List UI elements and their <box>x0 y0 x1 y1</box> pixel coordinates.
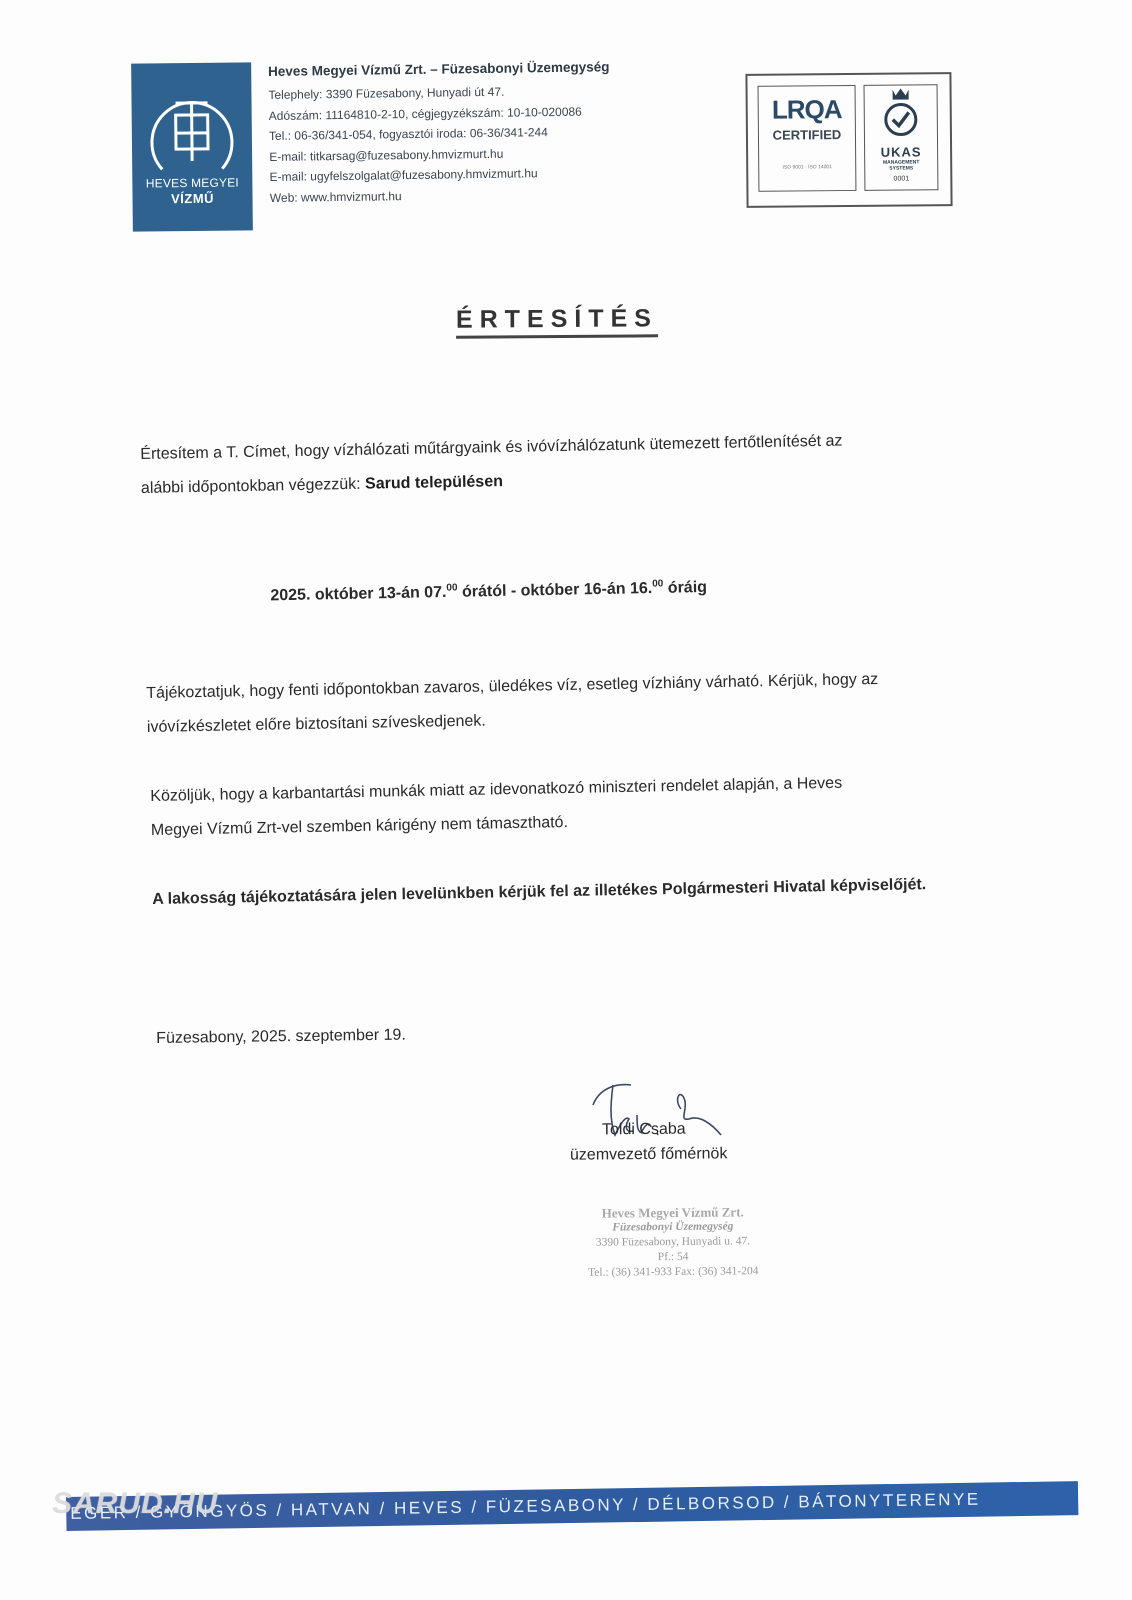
certification-logos: LRQA CERTIFIED ISO 9001 · ISO 14001 UKAS… <box>745 72 952 208</box>
company-logo: HEVES MEGYEI VÍZMŰ <box>131 62 253 231</box>
company-stamp: Heves Megyei Vízmű Zrt. Füzesabonyi Üzem… <box>548 1204 799 1281</box>
ukas-logo: UKAS MANAGEMENT SYSTEMS 0001 <box>864 84 939 191</box>
request-paragraph: A lakosság tájékoztatására jelen levelün… <box>152 868 927 917</box>
lrqa-certified-text: CERTIFIED <box>759 127 855 143</box>
ukas-number: 0001 <box>865 175 937 183</box>
lrqa-iso-text: ISO 9001 · ISO 14001 <box>759 164 855 171</box>
company-web: Web: www.hmvizmurt.hu <box>270 183 612 208</box>
schedule-end: óráig <box>663 579 707 597</box>
schedule-end-minutes: 00 <box>652 578 663 589</box>
schedule-start-minutes: 00 <box>446 582 457 593</box>
ukas-text: UKAS <box>865 144 937 160</box>
date-place: Füzesabony, 2025. szeptember 19. <box>156 1019 406 1056</box>
lrqa-certified-logo: LRQA CERTIFIED ISO 9001 · ISO 14001 <box>758 85 857 192</box>
ukas-systems-text: SYSTEMS <box>865 165 937 172</box>
schedule-line: 2025. október 13-án 07.00 órától - októb… <box>270 567 707 614</box>
company-name: Heves Megyei Vízmű Zrt. – Füzesabonyi Üz… <box>268 59 610 79</box>
logo-text-line1: HEVES MEGYEI <box>132 175 252 190</box>
company-info: Heves Megyei Vízmű Zrt. – Füzesabonyi Üz… <box>268 59 611 208</box>
schedule-middle: órától - október 16-án 16. <box>457 580 652 601</box>
crown-check-icon <box>878 85 924 137</box>
info-paragraph: Tájékoztatjuk, hogy fenti időpontokban z… <box>146 663 879 745</box>
notice-paragraph: Közöljük, hogy a karbantartási munkák mi… <box>150 767 843 848</box>
intro-paragraph: Értesítem a T. Címet, hogy vízhálózati m… <box>140 425 843 506</box>
watermark: SARUD.HU <box>52 1487 218 1521</box>
signatory-title: üzemvezető főmérnök <box>570 1145 728 1164</box>
lrqa-logo-text: LRQA <box>759 94 855 126</box>
intro-location: Sarud településen <box>365 473 503 493</box>
signatory-name: Toldi Csaba <box>602 1121 686 1140</box>
letter-page: HEVES MEGYEI VÍZMŰ Heves Megyei Vízmű Zr… <box>0 0 1132 1600</box>
logo-text-line2: VÍZMŰ <box>132 190 252 206</box>
stamp-line-5: Tel.: (36) 341-933 Fax: (36) 341-204 <box>548 1264 798 1281</box>
intro-text-2: alábbi időpontokban végezzük: <box>141 476 365 497</box>
document-title: ÉRTESÍTÉS <box>456 304 658 338</box>
schedule-start: 2025. október 13-án 07. <box>270 584 446 604</box>
water-tower-icon <box>145 89 238 176</box>
